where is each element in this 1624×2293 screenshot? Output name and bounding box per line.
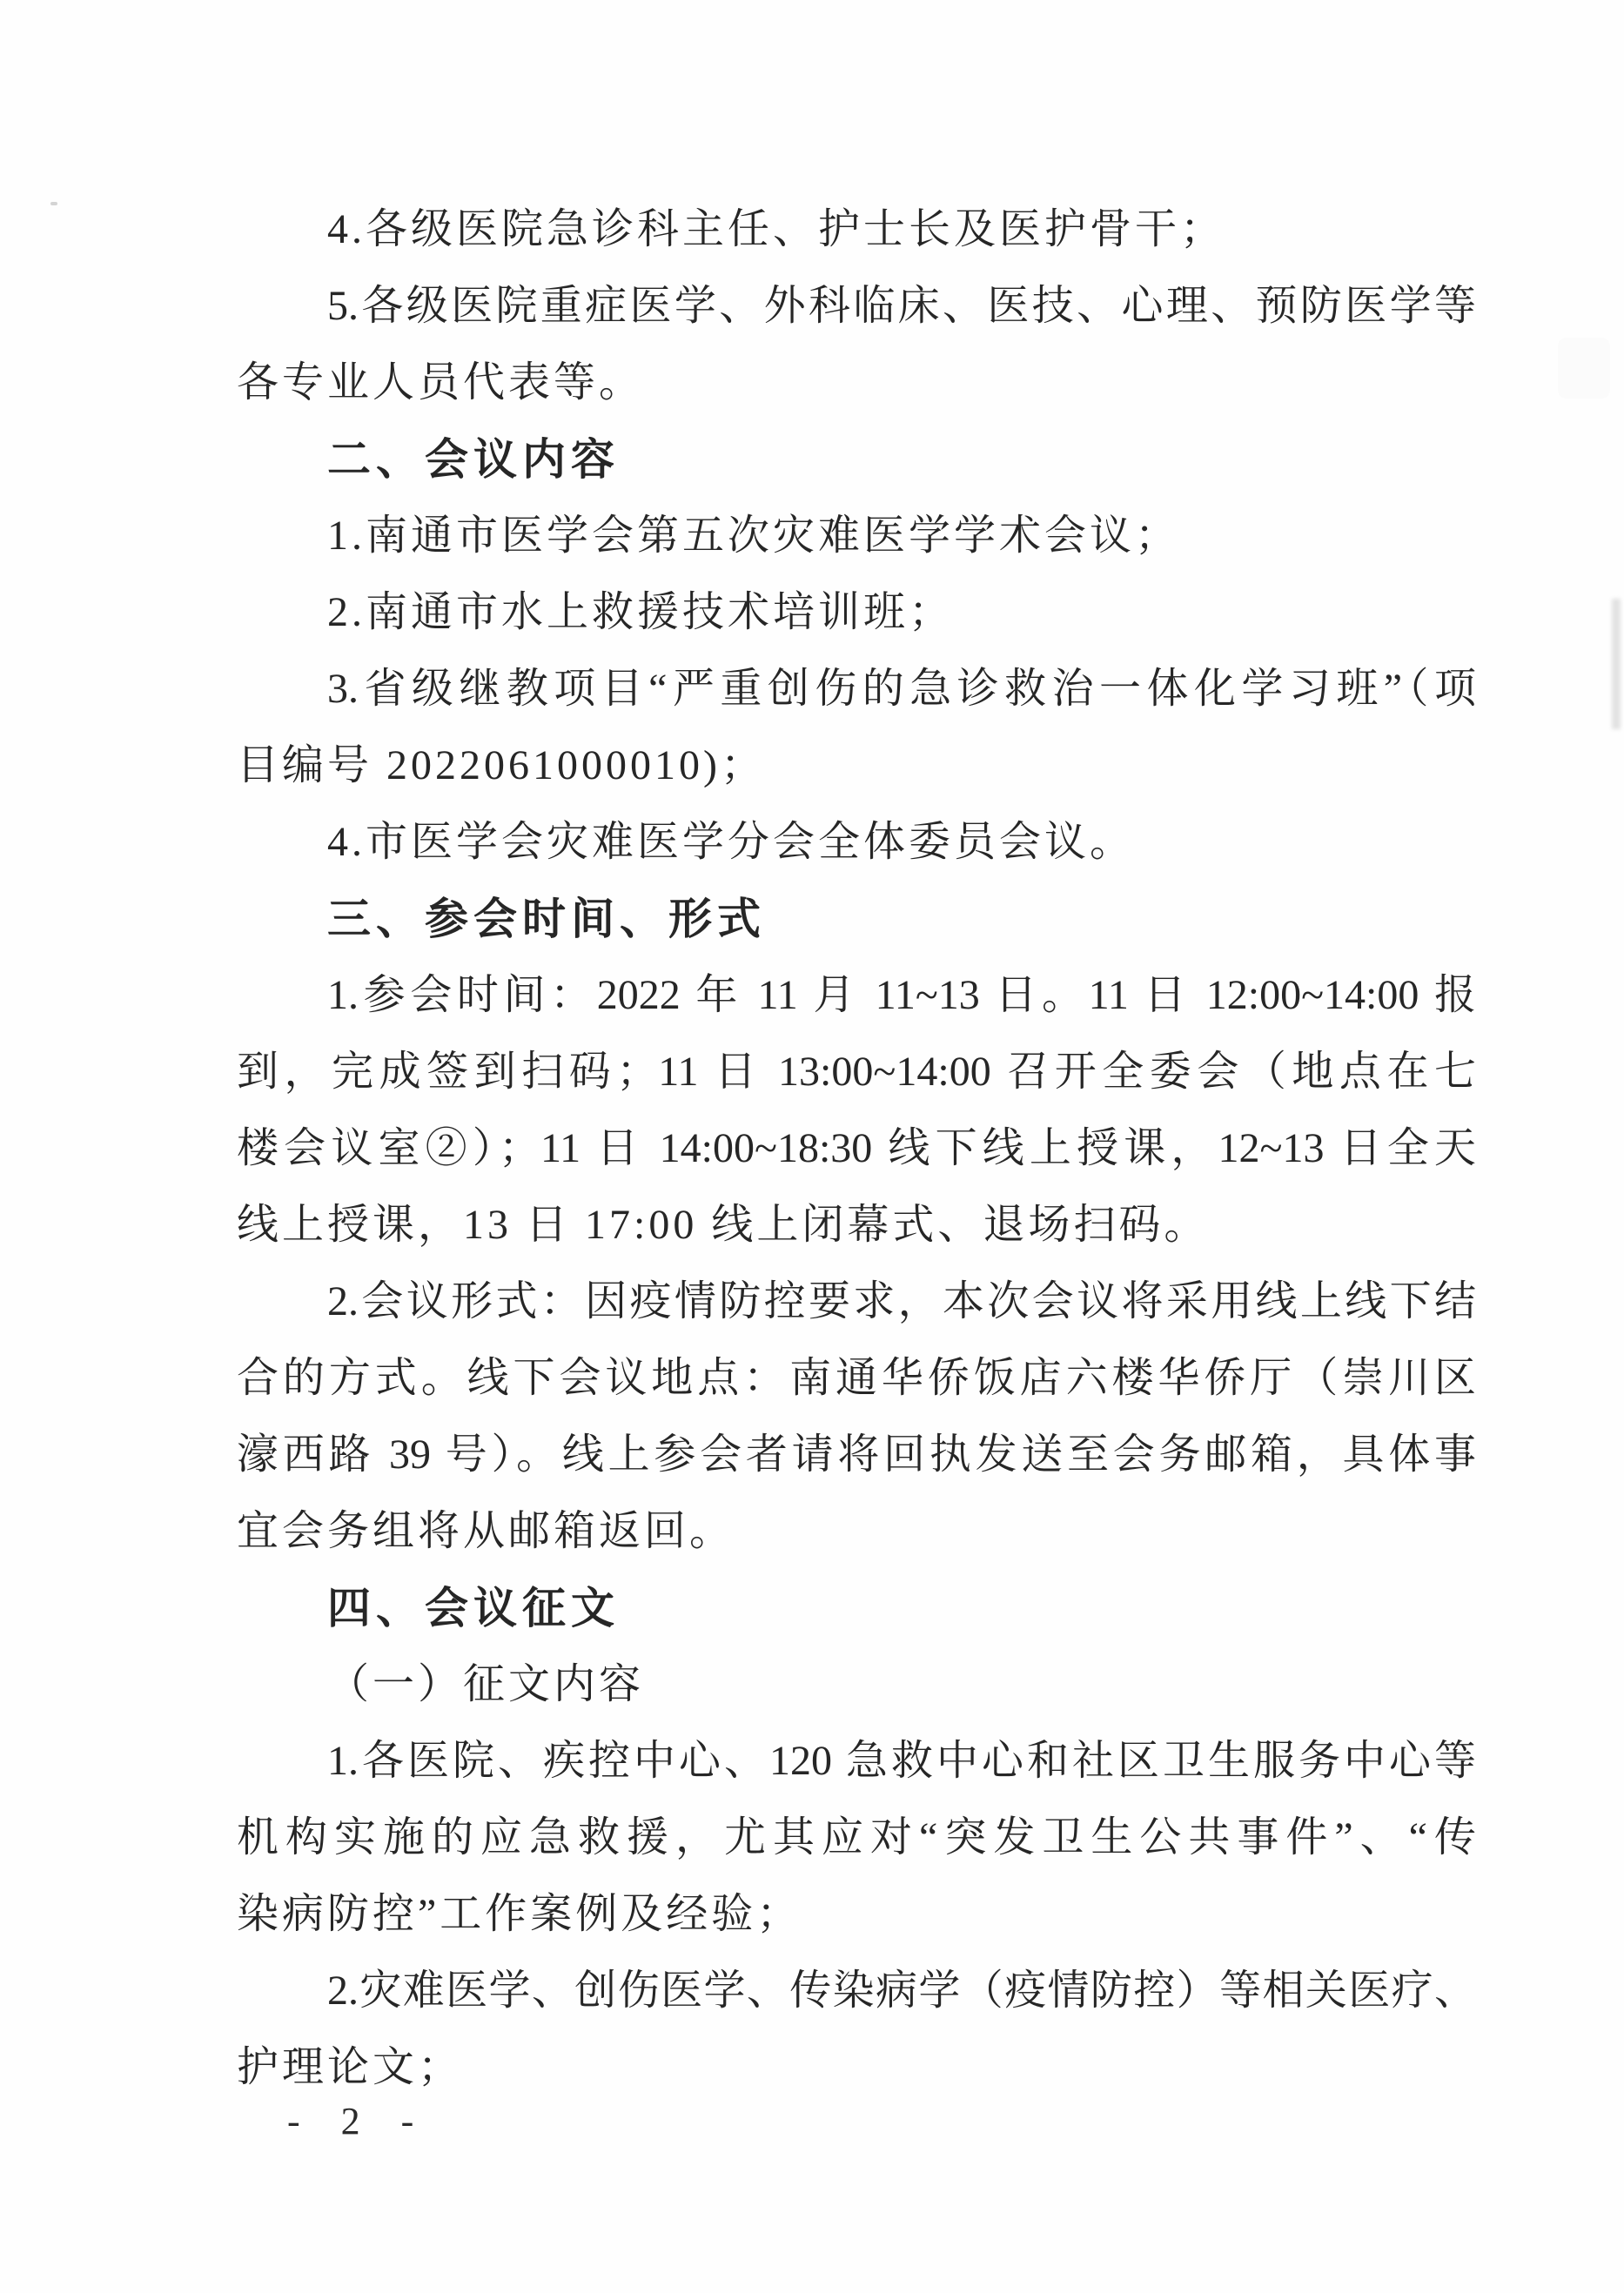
- text-line: 护理论文；: [237, 2029, 1476, 2106]
- text-line: 5.各级医院重症医学、外科临床、医技、心理、预防医学等: [237, 268, 1476, 345]
- scan-speck-artifact: [50, 202, 57, 205]
- scan-edge-artifact: [1612, 599, 1621, 729]
- text-line: 各专业人员代表等。: [237, 345, 1476, 421]
- section-heading: 四、会议征文: [237, 1570, 1476, 1646]
- page-number: - 2 -: [287, 2099, 429, 2143]
- text-line: 1.参会时间：2022 年 11 月 11~13 日。11 日 12:00~14…: [237, 957, 1476, 1034]
- text-line: 濠西路 39 号）。线上参会者请将回执发送至会务邮箱，具体事: [237, 1417, 1476, 1493]
- text-line: 2.会议形式：因疫情防控要求，本次会议将采用线上线下结: [237, 1264, 1476, 1340]
- text-line: 合的方式。线下会议地点：南通华侨饭店六楼华侨厅（崇川区: [237, 1340, 1476, 1417]
- document-body: 4.各级医院急诊科主任、护士长及医护骨干；5.各级医院重症医学、外科临床、医技、…: [237, 191, 1476, 2106]
- text-line: 4.市医学会灾难医学分会全体委员会议。: [237, 804, 1476, 881]
- section-heading: 三、参会时间、形式: [237, 881, 1476, 957]
- text-line: 3.省级继教项目“严重创伤的急诊救治一体化学习班”（项: [237, 651, 1476, 727]
- scan-smudge-artifact: [1558, 338, 1610, 399]
- text-line: 2.灾难医学、创伤医学、传染病学（疫情防控）等相关医疗、: [237, 1953, 1476, 2029]
- text-line: 4.各级医院急诊科主任、护士长及医护骨干；: [237, 191, 1476, 268]
- text-line: 2.南通市水上救援技术培训班；: [237, 574, 1476, 651]
- text-line: 线上授课，13 日 17:00 线上闭幕式、退场扫码。: [237, 1187, 1476, 1264]
- text-line: （一）征文内容: [237, 1646, 1476, 1723]
- text-line: 到，完成签到扫码；11 日 13:00~14:00 召开全委会（地点在七: [237, 1034, 1476, 1110]
- document-page: 4.各级医院急诊科主任、护士长及医护骨干；5.各级医院重症医学、外科临床、医技、…: [0, 0, 1624, 2293]
- text-line: 宜会务组将从邮箱返回。: [237, 1493, 1476, 1570]
- text-line: 1.各医院、疾控中心、120 急救中心和社区卫生服务中心等: [237, 1723, 1476, 1800]
- section-heading: 二、会议内容: [237, 421, 1476, 498]
- text-line: 楼会议室②）；11 日 14:00~18:30 线下线上授课，12~13 日全天: [237, 1110, 1476, 1187]
- text-line: 机构实施的应急救援，尤其应对“突发卫生公共事件”、“传: [237, 1800, 1476, 1876]
- text-line: 1.南通市医学会第五次灾难医学学术会议；: [237, 498, 1476, 574]
- text-line: 染病防控”工作案例及经验；: [237, 1876, 1476, 1953]
- text-line: 目编号 2022061000010)；: [237, 727, 1476, 804]
